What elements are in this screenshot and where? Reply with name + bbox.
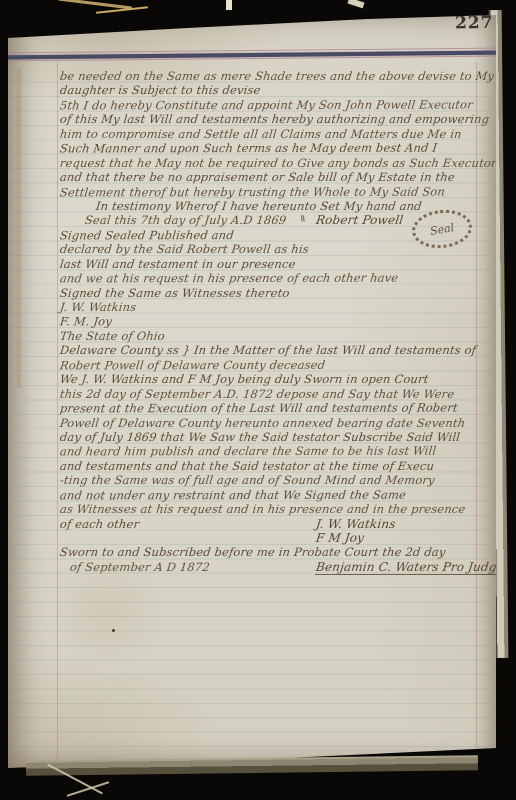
manuscript-line-text: Signed the Same as Witnesses thereto xyxy=(59,286,290,300)
manuscript-line-text: Powell of Delaware County hereunto annex… xyxy=(59,416,466,430)
manuscript-line-text: Seal this 7th day of July A.D 1869 xyxy=(84,213,287,227)
manuscript-line: as Witnesses at his request and in his p… xyxy=(60,502,474,516)
manuscript-line: request that he May not be required to G… xyxy=(60,156,474,170)
paper-stain xyxy=(48,548,168,668)
manuscript-line: J. W. Watkins xyxy=(60,300,474,314)
manuscript-line: Settlement therof but hereby trusting th… xyxy=(60,184,474,199)
manuscript-line: this 2d day of September A.D. 1872 depos… xyxy=(60,387,474,401)
manuscript-line-text: of this My last Will and testaments here… xyxy=(59,112,490,126)
manuscript-line-text: J. W. Watkins xyxy=(59,300,137,314)
header-rule xyxy=(8,48,496,64)
manuscript-line: Robert Powell of Delaware County decease… xyxy=(60,357,474,372)
manuscript-line-text: as Witnesses at his request and in his p… xyxy=(59,502,466,516)
manuscript-line-text: The State of Ohio xyxy=(59,329,166,343)
manuscript-line-text: this 2d day of September A.D. 1872 depos… xyxy=(59,387,455,401)
manuscript-line-text: We J. W. Watkins and F M Joy being duly … xyxy=(59,372,429,386)
manuscript-line-text: Such Manner and upon Such terms as he Ma… xyxy=(59,141,438,156)
manuscript-line: Such Manner and upon Such terms as he Ma… xyxy=(60,141,474,156)
signature: Benjamin C. Waters Pro Judge xyxy=(315,560,505,575)
manuscript-line-text: In testimony Wherof I have hereunto Set … xyxy=(95,199,423,213)
manuscript-line: -ting the Same was of full age and of So… xyxy=(60,473,474,487)
manuscript-line-text: Delaware County ss } In the Matter of th… xyxy=(59,343,477,357)
manuscript-line: F. M. Joy xyxy=(60,314,474,329)
manuscript-line-text: request that he May not be required to G… xyxy=(59,156,497,170)
manuscript-line: present at the Execution of the Last Wil… xyxy=(60,401,474,416)
manuscript-line: 5th I do hereby Constitute and appoint M… xyxy=(60,97,474,112)
manuscript-line-text: 5th I do hereby Constitute and appoint M… xyxy=(59,97,474,112)
manuscript-line-text: day of July 1869 that We Saw the Said te… xyxy=(59,430,461,444)
manuscript-line-text: and we at his request in his presence of… xyxy=(59,271,399,286)
paper-speck xyxy=(347,0,364,8)
manuscript-line-text: last Will and testament in our presence xyxy=(59,257,296,271)
manuscript-line: and we at his request in his presence of… xyxy=(60,271,474,286)
manuscript-line-text: Settlement therof but hereby trusting th… xyxy=(59,184,446,199)
manuscript-line-text: present at the Execution of the Last Wil… xyxy=(59,401,458,416)
manuscript-line-text: be needed on the Same as mere Shade tree… xyxy=(59,69,495,83)
manuscript-line-text: and not under any restraint and that We … xyxy=(59,487,407,502)
book-photograph: 227 be needed on the Same as mere Shade … xyxy=(0,0,516,800)
manuscript-line: F M Joy xyxy=(60,531,474,546)
manuscript-line: and that there be no appraisement or Sal… xyxy=(60,170,474,184)
manuscript-line: daughter is Subject to this devise xyxy=(60,83,474,97)
manuscript-line: of each otherJ. W. Watkins xyxy=(60,517,474,531)
manuscript-line: In testimony Wherof I have hereunto Set … xyxy=(60,199,474,213)
manuscript-line: Delaware County ss } In the Matter of th… xyxy=(60,343,474,357)
manuscript-line: him to compromise and Settle all all Cla… xyxy=(60,127,474,141)
manuscript-line: of this My last Will and testaments here… xyxy=(60,112,474,126)
manuscript-text-block: be needed on the Same as mere Shade tree… xyxy=(60,69,474,574)
manuscript-line: The State of Ohio xyxy=(60,329,474,343)
manuscript-line: day of July 1869 that We Saw the Said te… xyxy=(60,430,474,444)
flourish-mark: ≈ xyxy=(296,214,309,225)
manuscript-line-text: -ting the Same was of full age and of So… xyxy=(59,473,436,487)
manuscript-line-text: and heard him publish and declare the Sa… xyxy=(59,444,437,459)
manuscript-line: be needed on the Same as mere Shade tree… xyxy=(60,69,474,83)
left-margin-rule xyxy=(57,62,58,760)
manuscript-line-text: and that there be no appraisement or Sal… xyxy=(59,170,456,184)
manuscript-line: and heard him publish and declare the Sa… xyxy=(60,444,474,459)
manuscript-line: We J. W. Watkins and F M Joy being duly … xyxy=(60,372,474,386)
manuscript-line: Signed the Same as Witnesses thereto xyxy=(60,286,474,300)
signature: J. W. Watkins xyxy=(315,517,397,531)
manuscript-line-text: Robert Powell of Delaware County decease… xyxy=(59,358,326,373)
manuscript-line-text: and testaments and that the Said testato… xyxy=(59,459,435,473)
binding-edge-shadow xyxy=(17,68,23,388)
paper-speck xyxy=(226,0,232,10)
manuscript-line-text: F. M. Joy xyxy=(59,315,113,329)
page-number: 227 xyxy=(455,13,503,34)
manuscript-line: last Will and testament in our presence xyxy=(60,257,474,271)
manuscript-line-text: him to compromise and Settle all all Cla… xyxy=(59,127,462,141)
manuscript-line-text: daughter is Subject to this devise xyxy=(59,83,261,97)
manuscript-line: Powell of Delaware County hereunto annex… xyxy=(60,416,474,430)
signature: F M Joy xyxy=(315,531,365,545)
fiber-debris xyxy=(67,781,109,796)
manuscript-line: declared by the Said Robert Powell as hi… xyxy=(60,242,474,256)
manuscript-line: and not under any restraint and that We … xyxy=(60,487,474,502)
manuscript-line-text: of each other xyxy=(59,517,140,531)
ledger-page: 227 be needed on the Same as mere Shade … xyxy=(8,8,496,770)
manuscript-line-text: declared by the Said Robert Powell as hi… xyxy=(59,242,310,256)
signature: Robert Powell xyxy=(315,213,404,227)
manuscript-line: and testaments and that the Said testato… xyxy=(60,459,474,473)
manuscript-line-text: Signed Sealed Published and xyxy=(59,228,235,242)
seal-label: Seal xyxy=(429,221,455,238)
